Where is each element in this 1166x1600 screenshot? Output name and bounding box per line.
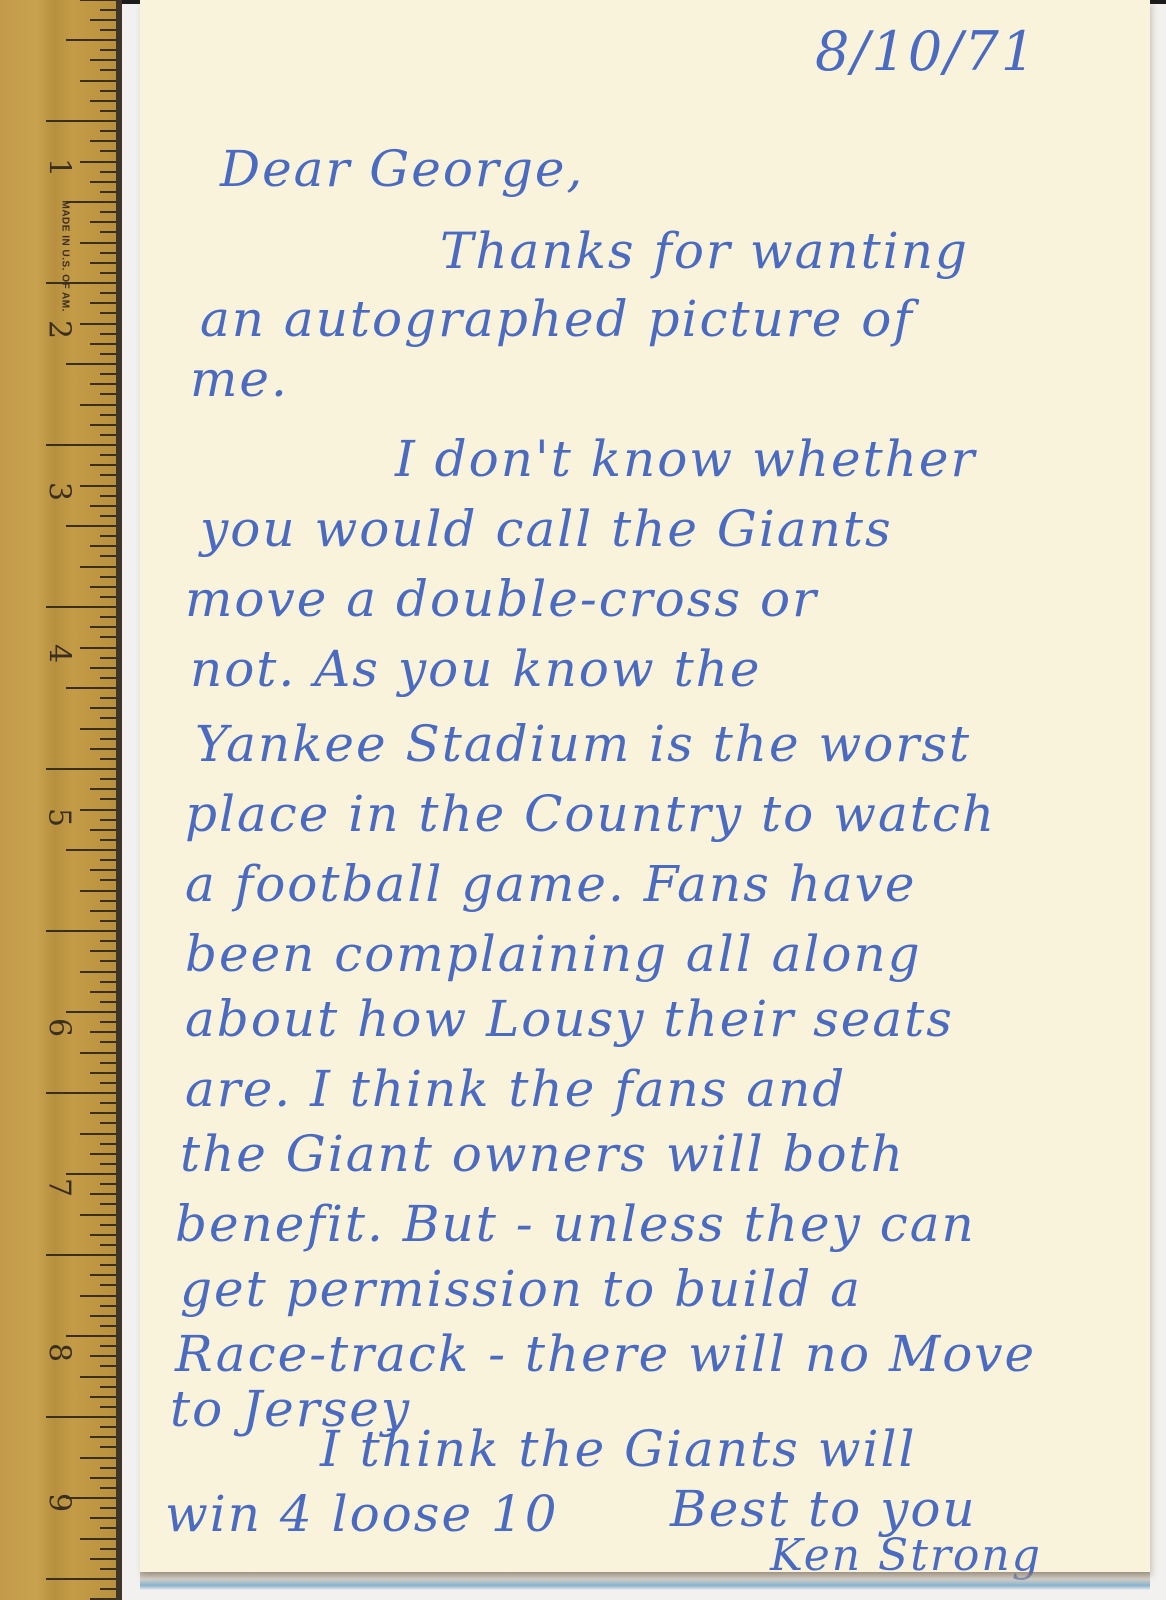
ruler-tick bbox=[100, 900, 116, 902]
ruler-tick bbox=[100, 1244, 116, 1246]
ruler-tick bbox=[90, 221, 116, 223]
salutation: Dear George, bbox=[220, 140, 584, 198]
ruler-tick bbox=[90, 1315, 116, 1317]
scanner-bottom-shadow bbox=[140, 1572, 1150, 1590]
ruler-tick bbox=[100, 1568, 116, 1570]
ruler-tick bbox=[100, 738, 116, 740]
ruler-tick bbox=[100, 1588, 116, 1590]
ruler-tick bbox=[100, 1284, 116, 1286]
ruler-tick bbox=[100, 1467, 116, 1469]
ruler-tick bbox=[100, 555, 116, 557]
ruler-tick bbox=[90, 707, 116, 709]
wooden-ruler: MADE IN U.S. OF AM. 1 2 3 4 5 6 7 8 9 bbox=[0, 0, 122, 1600]
ruler-tick bbox=[80, 485, 116, 487]
ruler-tick bbox=[100, 1021, 116, 1023]
ruler-tick bbox=[100, 1102, 116, 1104]
ruler-tick bbox=[66, 1173, 116, 1175]
ruler-tick bbox=[100, 454, 116, 456]
letter-date: 8/10/71 bbox=[815, 20, 1037, 83]
ruler-tick bbox=[90, 1396, 116, 1398]
ruler-tick bbox=[90, 1558, 116, 1560]
ruler-tick bbox=[90, 343, 116, 345]
ruler-tick bbox=[66, 1011, 116, 1013]
ruler-tick bbox=[80, 404, 116, 406]
ruler-tick bbox=[66, 1497, 116, 1499]
body-line-8: Yankee Stadium is the worst bbox=[195, 715, 971, 773]
ruler-tick bbox=[80, 80, 116, 82]
ruler-tick bbox=[100, 49, 116, 51]
ruler-tick bbox=[100, 150, 116, 152]
ruler-tick bbox=[90, 748, 116, 750]
body-line-20: win 4 loose 10 bbox=[165, 1485, 559, 1543]
ruler-tick bbox=[90, 829, 116, 831]
ruler-tick bbox=[90, 1517, 116, 1519]
ruler-tick bbox=[80, 890, 116, 892]
ruler-tick bbox=[46, 282, 116, 284]
ruler-tick bbox=[100, 90, 116, 92]
ruler-tick bbox=[80, 161, 116, 163]
ruler-tick bbox=[66, 363, 116, 365]
body-line-15: benefit. But - unless they can bbox=[175, 1195, 976, 1253]
body-line-4: I don't know whether bbox=[395, 430, 976, 488]
ruler-tick bbox=[66, 1335, 116, 1337]
body-line-2: an autographed picture of bbox=[200, 290, 914, 348]
ruler-tick bbox=[90, 1153, 116, 1155]
ruler-tick bbox=[100, 1082, 116, 1084]
ruler-tick bbox=[80, 1052, 116, 1054]
ruler-tick bbox=[100, 1163, 116, 1165]
ruler-tick bbox=[66, 201, 116, 203]
ruler-tick bbox=[46, 1416, 116, 1418]
ruler-tick bbox=[100, 1224, 116, 1226]
ruler-tick bbox=[100, 697, 116, 699]
ruler-tick bbox=[100, 1264, 116, 1266]
body-line-19: I think the Giants will bbox=[320, 1420, 916, 1478]
ruler-tick bbox=[100, 879, 116, 881]
ruler-tick bbox=[100, 1386, 116, 1388]
ruler-tick bbox=[100, 393, 116, 395]
ruler-tick bbox=[100, 515, 116, 517]
ruler-tick bbox=[80, 1295, 116, 1297]
ruler-tick bbox=[100, 1548, 116, 1550]
ruler-tick bbox=[100, 1325, 116, 1327]
ruler-tick bbox=[46, 1092, 116, 1094]
ruler-tick bbox=[46, 120, 116, 122]
ruler-tick bbox=[100, 940, 116, 942]
ruler-tick bbox=[90, 545, 116, 547]
letter-paper: 8/10/71 Dear George, Thanks for wanting … bbox=[140, 0, 1150, 1572]
body-line-17: Race-track - there will no Move bbox=[175, 1325, 1036, 1383]
ruler-tick bbox=[100, 434, 116, 436]
ruler-tick bbox=[100, 758, 116, 760]
ruler-tick bbox=[100, 1527, 116, 1529]
ruler-tick bbox=[90, 140, 116, 142]
ruler-tick bbox=[90, 950, 116, 952]
ruler-tick bbox=[90, 626, 116, 628]
ruler-tick bbox=[90, 59, 116, 61]
ruler-tick bbox=[90, 910, 116, 912]
ruler-maker-label: MADE IN U.S. OF AM. bbox=[60, 201, 71, 291]
ruler-number-7: 7 bbox=[42, 1173, 77, 1203]
ruler-tick bbox=[100, 312, 116, 314]
ruler-number-5: 5 bbox=[42, 803, 77, 833]
ruler-tick bbox=[100, 474, 116, 476]
ruler-tick bbox=[100, 960, 116, 962]
ruler-tick bbox=[100, 1446, 116, 1448]
ruler-tick bbox=[90, 1193, 116, 1195]
ruler-tick bbox=[90, 505, 116, 507]
ruler-tick bbox=[100, 1001, 116, 1003]
ruler-number-3: 3 bbox=[42, 477, 77, 507]
ruler-tick bbox=[100, 535, 116, 537]
body-line-3: me. bbox=[190, 350, 289, 408]
ruler-tick bbox=[90, 424, 116, 426]
ruler-tick bbox=[90, 1112, 116, 1114]
body-line-13: are. I think the fans and bbox=[185, 1060, 846, 1118]
ruler-tick bbox=[66, 525, 116, 527]
ruler-tick bbox=[90, 667, 116, 669]
ruler-tick bbox=[100, 69, 116, 71]
ruler-tick bbox=[90, 1031, 116, 1033]
ruler-metal-edge bbox=[116, 0, 122, 1600]
body-line-6: move a double-cross or bbox=[185, 570, 818, 628]
ruler-tick bbox=[80, 971, 116, 973]
ruler-tick bbox=[46, 768, 116, 770]
ruler-tick bbox=[100, 171, 116, 173]
ruler-tick bbox=[66, 39, 116, 41]
ruler-tick bbox=[90, 991, 116, 993]
ruler-tick bbox=[100, 920, 116, 922]
ruler-tick bbox=[100, 717, 116, 719]
body-line-7: not. As you know the bbox=[190, 640, 761, 698]
ruler-tick bbox=[80, 242, 116, 244]
ruler-tick bbox=[80, 0, 116, 1]
ruler-tick bbox=[80, 809, 116, 811]
ruler-tick bbox=[100, 859, 116, 861]
ruler-tick bbox=[100, 292, 116, 294]
ruler-number-4: 4 bbox=[42, 639, 77, 669]
ruler-tick bbox=[80, 1538, 116, 1540]
ruler-tick bbox=[90, 1072, 116, 1074]
ruler-tick bbox=[100, 252, 116, 254]
ruler-tick bbox=[80, 1457, 116, 1459]
body-line-12: about how Lousy their seats bbox=[185, 990, 954, 1048]
ruler-number-8: 8 bbox=[42, 1338, 77, 1368]
ruler-tick bbox=[100, 596, 116, 598]
ruler-tick bbox=[100, 677, 116, 679]
ruler-tick bbox=[100, 353, 116, 355]
ruler-tick bbox=[46, 1578, 116, 1580]
ruler-tick bbox=[80, 647, 116, 649]
ruler-tick bbox=[90, 788, 116, 790]
ruler-tick bbox=[80, 1133, 116, 1135]
ruler-tick bbox=[80, 1376, 116, 1378]
ruler-tick bbox=[100, 1143, 116, 1145]
ruler-tick bbox=[100, 819, 116, 821]
ruler-tick bbox=[90, 383, 116, 385]
ruler-tick bbox=[100, 616, 116, 618]
ruler-tick bbox=[90, 1355, 116, 1357]
ruler-tick bbox=[100, 414, 116, 416]
ruler-tick bbox=[80, 1214, 116, 1216]
body-line-10: a football game. Fans have bbox=[185, 855, 917, 913]
body-line-11: been complaining all along bbox=[185, 925, 922, 983]
ruler-tick bbox=[90, 869, 116, 871]
ruler-tick bbox=[100, 231, 116, 233]
ruler-tick bbox=[90, 1477, 116, 1479]
ruler-tick bbox=[90, 262, 116, 264]
ruler-tick bbox=[100, 1062, 116, 1064]
ruler-tick bbox=[80, 566, 116, 568]
ruler-tick bbox=[66, 849, 116, 851]
ruler-number-6: 6 bbox=[42, 1013, 77, 1043]
ruler-tick bbox=[100, 798, 116, 800]
ruler-tick bbox=[80, 728, 116, 730]
ruler-tick bbox=[90, 19, 116, 21]
ruler-tick bbox=[100, 839, 116, 841]
body-line-16: get permission to build a bbox=[180, 1260, 862, 1318]
ruler-tick bbox=[46, 606, 116, 608]
ruler-tick bbox=[100, 333, 116, 335]
ruler-tick bbox=[100, 110, 116, 112]
ruler-tick bbox=[46, 930, 116, 932]
ruler-tick bbox=[100, 1507, 116, 1509]
ruler-tick bbox=[100, 1365, 116, 1367]
ruler-number-9: 9 bbox=[42, 1488, 77, 1518]
ruler-tick bbox=[90, 1234, 116, 1236]
ruler-tick bbox=[100, 1345, 116, 1347]
body-line-9: place in the Country to watch bbox=[185, 785, 996, 843]
ruler-tick bbox=[90, 1274, 116, 1276]
ruler-tick bbox=[100, 576, 116, 578]
ruler-tick bbox=[100, 272, 116, 274]
ruler-tick bbox=[80, 323, 116, 325]
ruler-tick bbox=[100, 778, 116, 780]
body-line-1: Thanks for wanting bbox=[440, 222, 969, 280]
ruler-tick bbox=[100, 1426, 116, 1428]
ruler-tick bbox=[100, 981, 116, 983]
ruler-tick bbox=[100, 657, 116, 659]
ruler-tick bbox=[90, 586, 116, 588]
ruler-tick bbox=[100, 1406, 116, 1408]
ruler-tick bbox=[66, 687, 116, 689]
ruler-tick bbox=[46, 444, 116, 446]
ruler-tick bbox=[90, 464, 116, 466]
body-line-14: the Giant owners will both bbox=[180, 1125, 905, 1183]
ruler-tick bbox=[100, 1487, 116, 1489]
ruler-number-2: 2 bbox=[42, 315, 77, 345]
ruler-tick bbox=[100, 1122, 116, 1124]
ruler-tick bbox=[90, 100, 116, 102]
ruler-tick bbox=[100, 373, 116, 375]
ruler-tick bbox=[100, 495, 116, 497]
body-line-5: you would call the Giants bbox=[200, 500, 893, 558]
ruler-tick bbox=[100, 9, 116, 11]
ruler-tick bbox=[46, 1254, 116, 1256]
ruler-tick bbox=[90, 181, 116, 183]
ruler-tick bbox=[100, 191, 116, 193]
ruler-tick bbox=[100, 130, 116, 132]
ruler-tick bbox=[100, 636, 116, 638]
ruler-tick bbox=[90, 302, 116, 304]
ruler-tick bbox=[90, 1436, 116, 1438]
ruler-tick bbox=[100, 1203, 116, 1205]
ruler-tick bbox=[100, 29, 116, 31]
ruler-number-1: 1 bbox=[42, 153, 77, 183]
ruler-tick bbox=[100, 1305, 116, 1307]
ruler-tick bbox=[100, 1183, 116, 1185]
ruler-tick bbox=[100, 211, 116, 213]
ruler-tick bbox=[100, 1041, 116, 1043]
